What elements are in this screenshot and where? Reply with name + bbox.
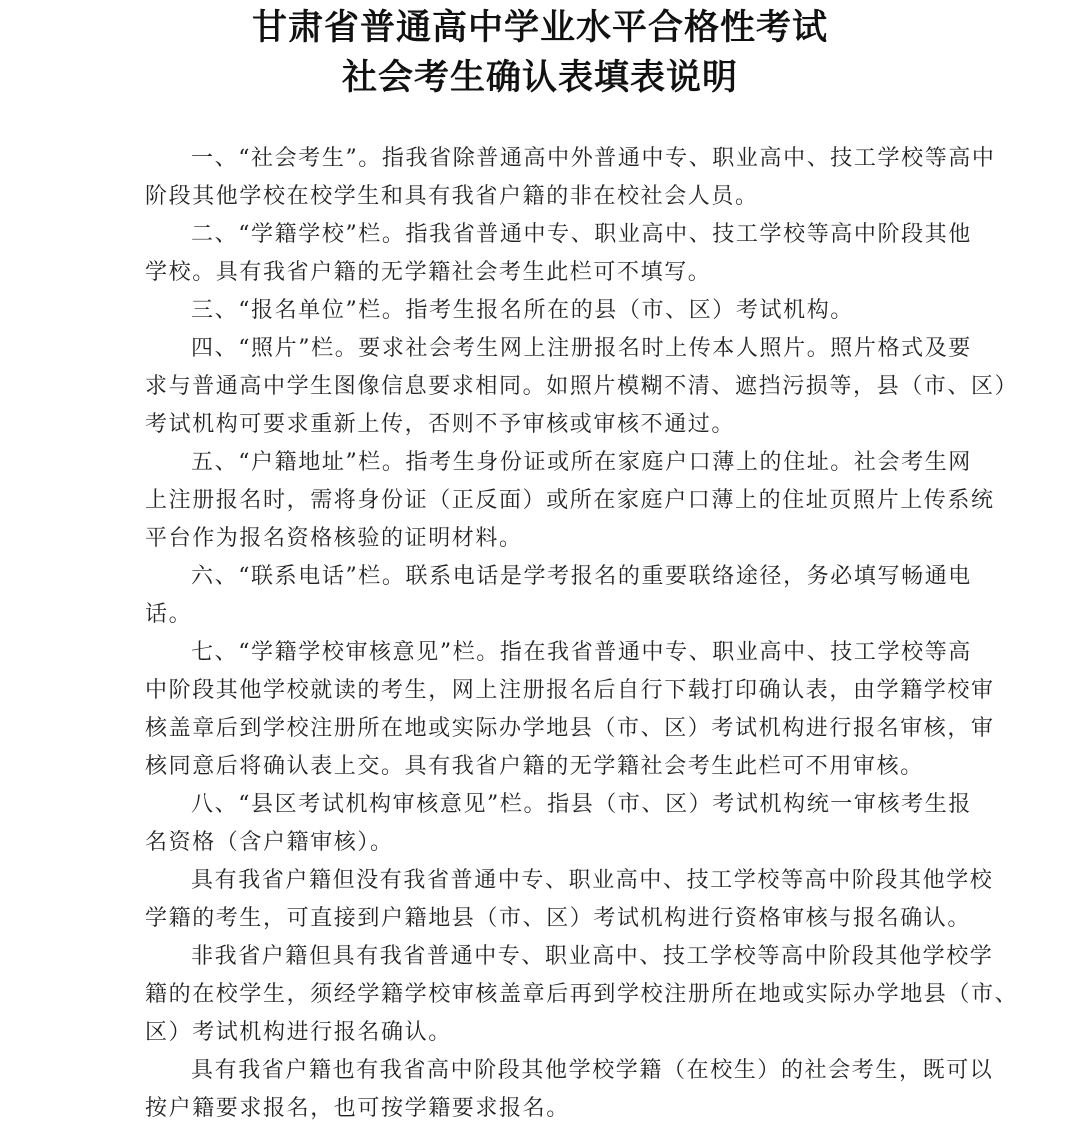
- paragraph-line: 四、“照片”栏。要求社会考生网上注册报名时上传本人照片。照片格式及要: [145, 330, 945, 368]
- paragraph-line: 核盖章后到学校注册所在地或实际办学地县（市、区）考试机构进行报名审核，审: [145, 710, 945, 748]
- paragraph-line: 名资格（含户籍审核）。: [145, 824, 945, 862]
- paragraph-line: 平台作为报名资格核验的证明材料。: [145, 520, 945, 558]
- paragraph-line: 非我省户籍但具有我省普通中专、职业高中、技工学校等高中阶段其他学校学: [145, 938, 945, 976]
- paragraph-line: 求与普通高中学生图像信息要求相同。如照片模糊不清、遮挡污损等，县（市、区）: [145, 368, 945, 406]
- paragraph-7-school-review: 七、“学籍学校审核意见”栏。指在我省普通中专、职业高中、技工学校等高 中阶段其他…: [145, 634, 945, 786]
- paragraph-line: 五、“户籍地址”栏。指考生身份证或所在家庭户口薄上的住址。社会考生网: [145, 444, 945, 482]
- paragraph-line: 六、“联系电话”栏。联系电话是学考报名的重要联络途径，务必填写畅通电: [145, 558, 945, 596]
- document-title-line-1: 甘肃省普通高中学业水平合格性考试: [0, 6, 1080, 50]
- paragraph-line: 七、“学籍学校审核意见”栏。指在我省普通中专、职业高中、技工学校等高: [145, 634, 945, 672]
- paragraph-11-local-and-enrolled: 具有我省户籍也有我省高中阶段其他学校学籍（在校生）的社会考生，既可以 按户籍要求…: [145, 1052, 945, 1128]
- paragraph-5-household-address: 五、“户籍地址”栏。指考生身份证或所在家庭户口薄上的住址。社会考生网 上注册报名…: [145, 444, 945, 558]
- paragraph-line: 核同意后将确认表上交。具有我省户籍的无学籍社会考生此栏可不用审核。: [145, 748, 945, 786]
- paragraph-line: 学校。具有我省户籍的无学籍社会考生此栏可不填写。: [145, 254, 945, 292]
- paragraph-line: 考试机构可要求重新上传，否则不予审核或审核不通过。: [145, 406, 945, 444]
- paragraph-line: 中阶段其他学校就读的考生，网上注册报名后自行下载打印确认表，由学籍学校审: [145, 672, 945, 710]
- paragraph-line: 区）考试机构进行报名确认。: [145, 1014, 945, 1052]
- paragraph-line: 三、“报名单位”栏。指考生报名所在的县（市、区）考试机构。: [145, 292, 945, 330]
- paragraph-1-social-candidate: 一、“社会考生”。指我省除普通高中外普通中专、职业高中、技工学校等高中 阶段其他…: [145, 140, 945, 216]
- paragraph-line: 阶段其他学校在校学生和具有我省户籍的非在校社会人员。: [145, 178, 945, 216]
- paragraph-line: 上注册报名时，需将身份证（正反面）或所在家庭户口薄上的住址页照片上传系统: [145, 482, 945, 520]
- document-title-line-2: 社会考生确认表填表说明: [0, 56, 1080, 100]
- paragraph-line: 按户籍要求报名，也可按学籍要求报名。: [145, 1090, 945, 1128]
- paragraph-4-photo: 四、“照片”栏。要求社会考生网上注册报名时上传本人照片。照片格式及要 求与普通高…: [145, 330, 945, 444]
- paragraph-10-nonlocal-enrolled: 非我省户籍但具有我省普通中专、职业高中、技工学校等高中阶段其他学校学 籍的在校学…: [145, 938, 945, 1052]
- paragraph-line: 学籍的考生，可直接到户籍地县（市、区）考试机构进行资格审核与报名确认。: [145, 900, 945, 938]
- paragraph-6-contact-phone: 六、“联系电话”栏。联系电话是学考报名的重要联络途径，务必填写畅通电 话。: [145, 558, 945, 634]
- paragraph-3-registration-unit: 三、“报名单位”栏。指考生报名所在的县（市、区）考试机构。: [145, 292, 945, 330]
- document-body: 一、“社会考生”。指我省除普通高中外普通中专、职业高中、技工学校等高中 阶段其他…: [145, 140, 945, 1128]
- paragraph-line: 二、“学籍学校”栏。指我省普通中专、职业高中、技工学校等高中阶段其他: [145, 216, 945, 254]
- paragraph-line: 一、“社会考生”。指我省除普通高中外普通中专、职业高中、技工学校等高中: [145, 140, 945, 178]
- paragraph-2-enrolled-school: 二、“学籍学校”栏。指我省普通中专、职业高中、技工学校等高中阶段其他 学校。具有…: [145, 216, 945, 292]
- paragraph-8-county-review: 八、“县区考试机构审核意见”栏。指县（市、区）考试机构统一审核考生报 名资格（含…: [145, 786, 945, 862]
- paragraph-9-local-no-enrollment: 具有我省户籍但没有我省普通中专、职业高中、技工学校等高中阶段其他学校 学籍的考生…: [145, 862, 945, 938]
- paragraph-line: 八、“县区考试机构审核意见”栏。指县（市、区）考试机构统一审核考生报: [145, 786, 945, 824]
- paragraph-line: 籍的在校学生，须经学籍学校审核盖章后再到学校注册所在地或实际办学地县（市、: [145, 976, 945, 1014]
- paragraph-line: 具有我省户籍但没有我省普通中专、职业高中、技工学校等高中阶段其他学校: [145, 862, 945, 900]
- paragraph-line: 具有我省户籍也有我省高中阶段其他学校学籍（在校生）的社会考生，既可以: [145, 1052, 945, 1090]
- paragraph-line: 话。: [145, 596, 945, 634]
